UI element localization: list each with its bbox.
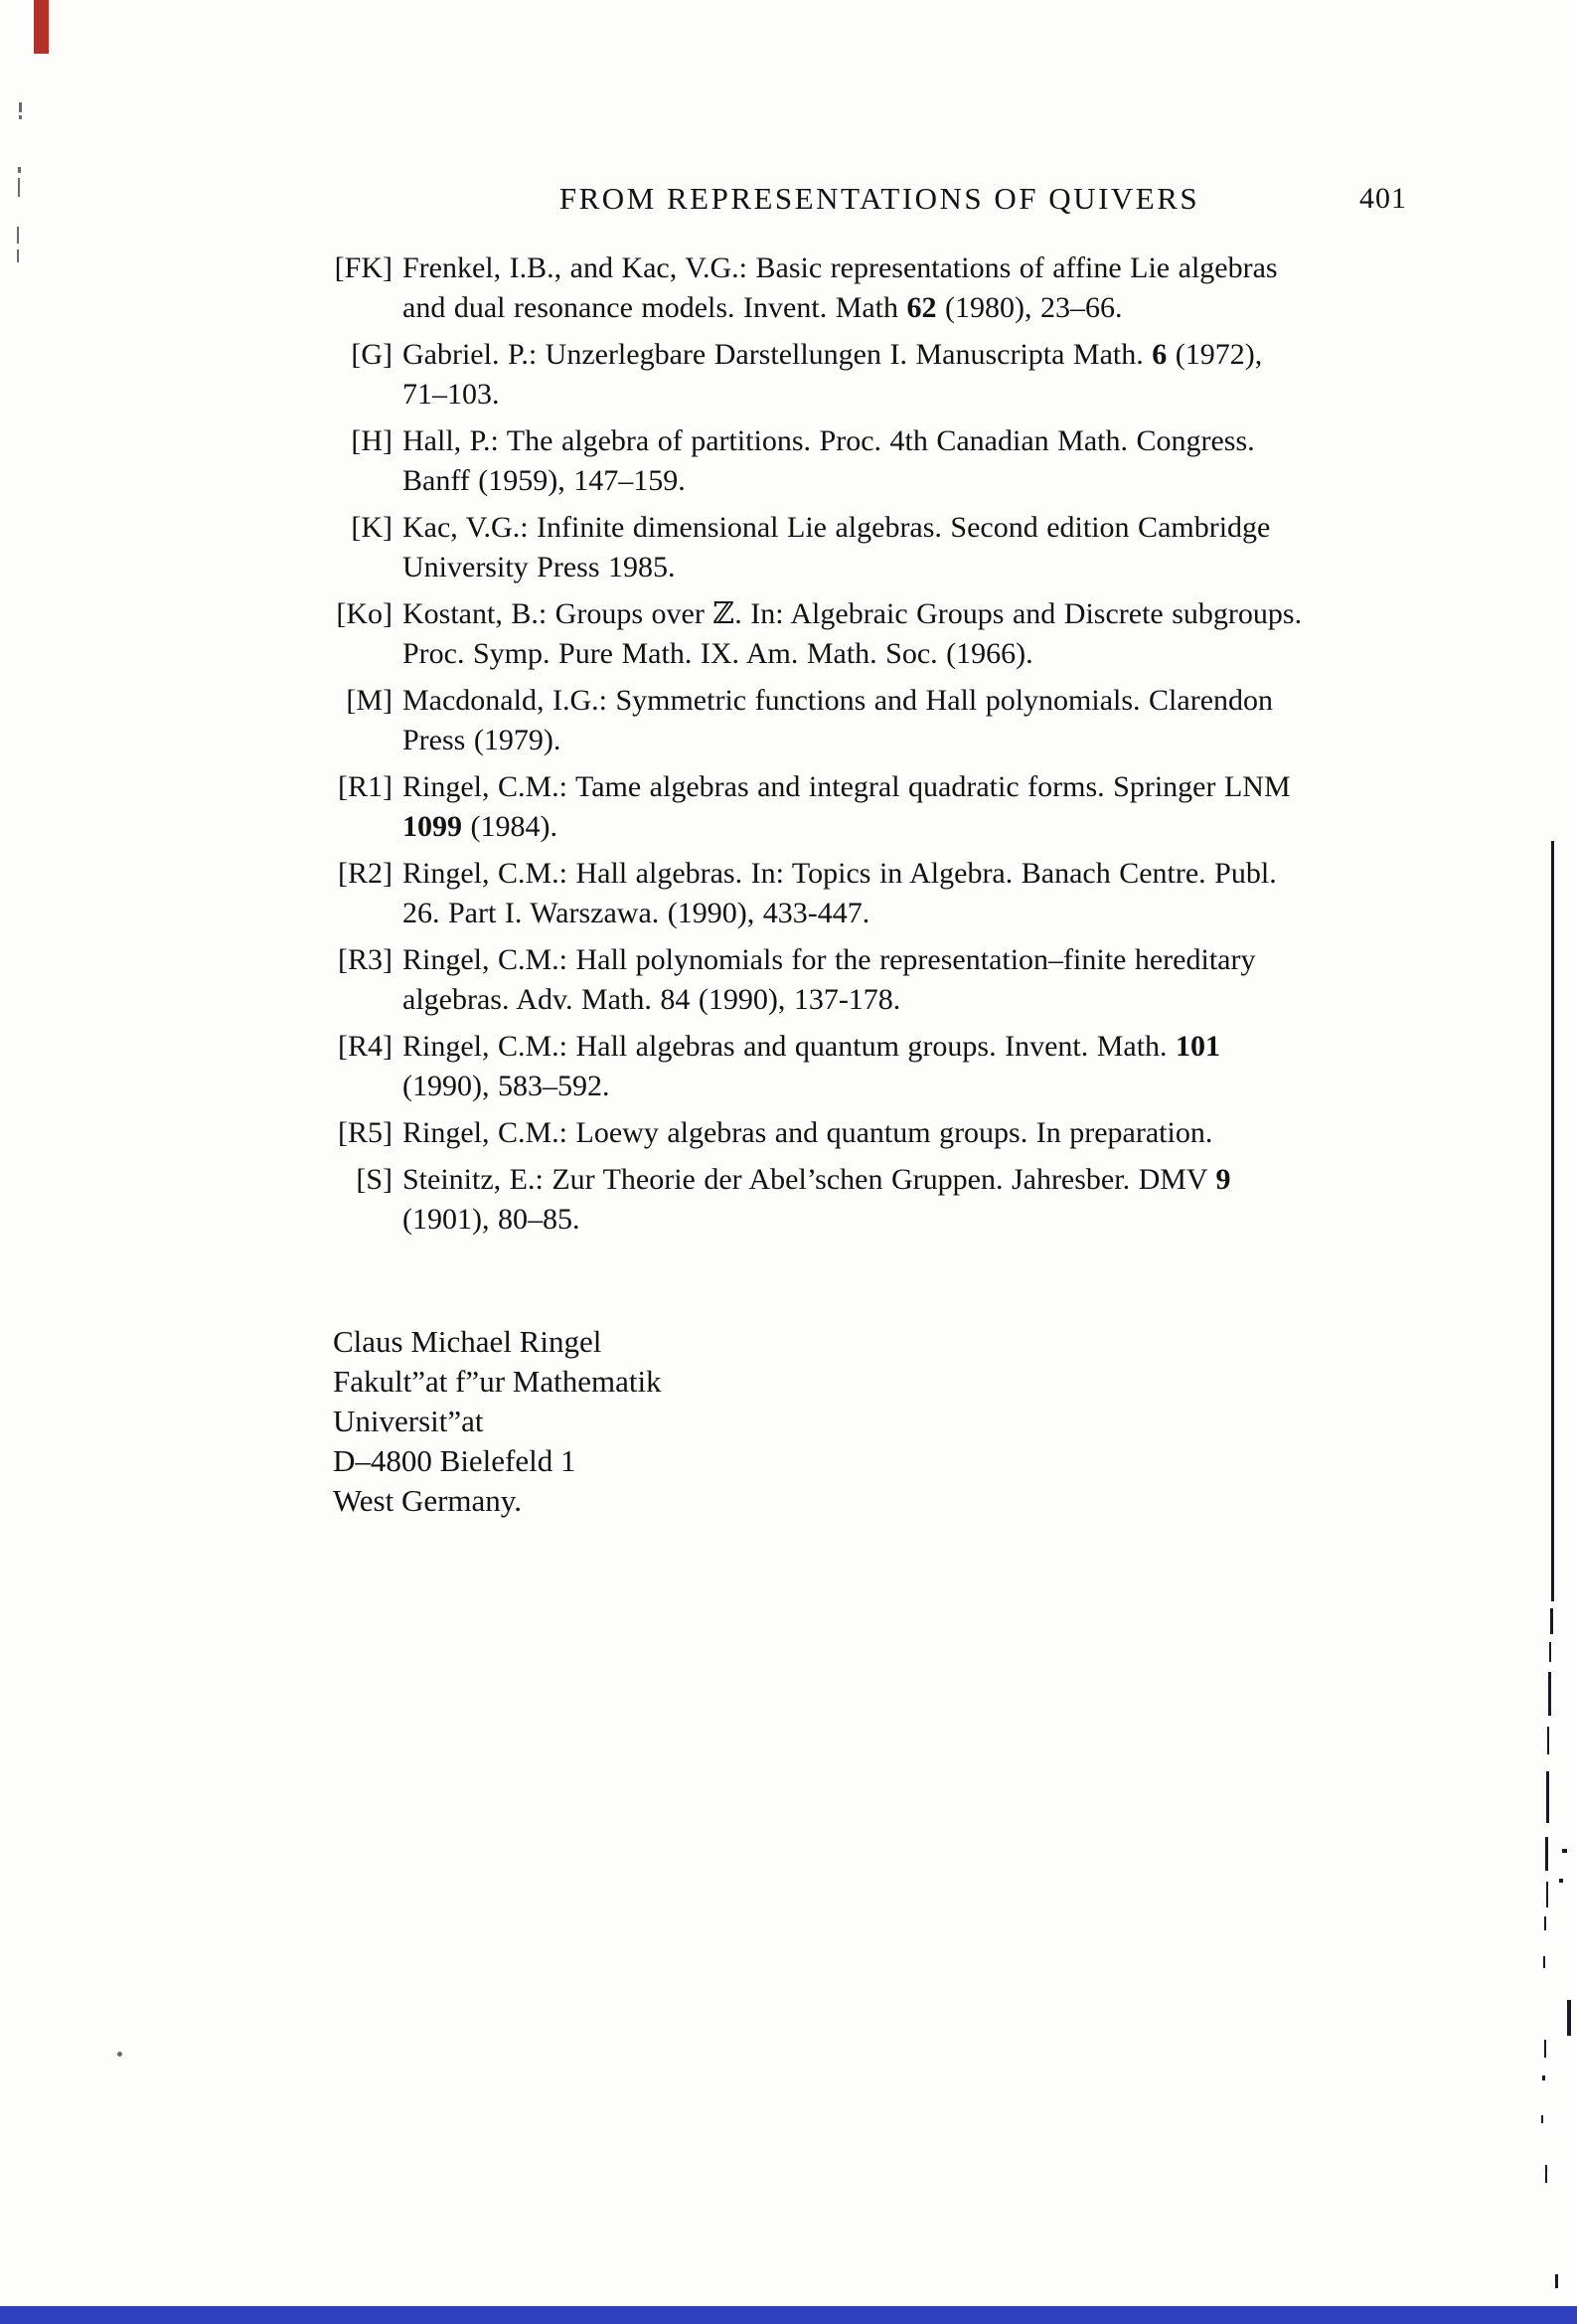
reference-item: [FK]Frenkel, I.B., and Kac, V.G.: Basic … — [0, 249, 1577, 328]
scan-artifact-left-tick — [17, 249, 19, 262]
reference-label: [M] — [320, 681, 393, 721]
reference-item: [S]Steinitz, E.: Zur Theorie der Abel’sc… — [0, 1160, 1577, 1240]
reference-label: [R1] — [320, 767, 393, 807]
reference-text: Frenkel, I.B., and Kac, V.G.: Basic repr… — [402, 249, 1444, 328]
reference-label: [R5] — [320, 1113, 393, 1153]
scan-artifact-edge-dash — [1546, 1771, 1549, 1823]
reference-label: [R4] — [320, 1027, 393, 1067]
reference-text: Macdonald, I.G.: Symmetric functions and… — [402, 681, 1444, 760]
reference-text: Ringel, C.M.: Hall algebras and quantum … — [402, 1027, 1444, 1106]
address-line: Claus Michael Ringel — [333, 1322, 662, 1362]
reference-text: Hall, P.: The algebra of partitions. Pro… — [402, 421, 1444, 501]
scan-artifact-speck — [117, 2052, 122, 2057]
reference-text: Ringel, C.M.: Hall polynomials for the r… — [402, 940, 1444, 1020]
page-number: 401 — [1359, 182, 1407, 216]
author-address: Claus Michael RingelFakult”at f”ur Mathe… — [333, 1322, 662, 1521]
reference-item: [R4]Ringel, C.M.: Hall algebras and quan… — [0, 1027, 1577, 1106]
scan-artifact-edge-dash — [1548, 1672, 1551, 1716]
scan-artifact-edge-dash — [1544, 2040, 1546, 2058]
scan-artifact-blue-bar — [0, 2306, 1577, 2324]
address-line: Universit”at — [333, 1402, 662, 1441]
scan-artifact-red-bar — [34, 0, 49, 54]
reference-text: Steinitz, E.: Zur Theorie der Abel’schen… — [402, 1160, 1444, 1240]
scan-artifact-edge-dash — [1550, 1608, 1553, 1634]
scan-artifact-left-tick — [18, 167, 21, 173]
reference-label: [K] — [320, 508, 393, 548]
reference-item: [R3]Ringel, C.M.: Hall polynomials for t… — [0, 940, 1577, 1020]
scan-artifact-edge-dash — [1546, 1882, 1548, 1908]
reference-text: Ringel, C.M.: Loewy algebras and quantum… — [402, 1113, 1444, 1153]
scan-artifact-edge-dash — [1549, 1642, 1551, 1662]
scan-artifact-edge-dash — [1547, 1727, 1549, 1754]
scan-artifact-edge-dash — [1544, 1916, 1546, 1930]
address-line: Fakult”at f”ur Mathematik — [333, 1362, 662, 1402]
scan-artifact-left-tick — [17, 227, 19, 244]
reference-text: Kostant, B.: Groups over ℤ. In: Algebrai… — [402, 594, 1444, 674]
reference-text: Gabriel. P.: Unzerlegbare Darstellungen … — [402, 335, 1444, 415]
scan-artifact-edge-dash — [1543, 1956, 1545, 1968]
reference-item: [G]Gabriel. P.: Unzerlegbare Darstellung… — [0, 335, 1577, 415]
reference-label: [Ko] — [320, 594, 393, 634]
reference-label: [FK] — [320, 249, 393, 288]
reference-item: [H]Hall, P.: The algebra of partitions. … — [0, 421, 1577, 501]
reference-item: [R5]Ringel, C.M.: Loewy algebras and qua… — [0, 1113, 1577, 1153]
scan-artifact-edge-dash — [1555, 2274, 1558, 2288]
scan-artifact-speck — [1562, 1849, 1567, 1853]
reference-text: Ringel, C.M.: Hall algebras. In: Topics … — [402, 854, 1444, 933]
reference-list: [FK]Frenkel, I.B., and Kac, V.G.: Basic … — [0, 249, 1577, 1246]
reference-item: [Ko]Kostant, B.: Groups over ℤ. In: Alge… — [0, 594, 1577, 674]
reference-label: [R3] — [320, 940, 393, 980]
reference-label: [R2] — [320, 854, 393, 894]
reference-item: [R2]Ringel, C.M.: Hall algebras. In: Top… — [0, 854, 1577, 933]
scanned-page: FROM REPRESENTATIONS OF QUIVERS 401 [FK]… — [0, 0, 1577, 2324]
scan-artifact-left-tick — [19, 102, 22, 112]
reference-item: [K]Kac, V.G.: Infinite dimensional Lie a… — [0, 508, 1577, 587]
running-head: FROM REPRESENTATIONS OF QUIVERS — [368, 181, 1391, 217]
scan-artifact-speck — [1559, 1879, 1563, 1883]
scan-artifact-edge-dash — [1545, 2165, 1547, 2183]
reference-label: [G] — [320, 335, 393, 375]
address-line: D–4800 Bielefeld 1 — [333, 1441, 662, 1481]
scan-artifact-edge-dash — [1541, 2115, 1543, 2123]
reference-label: [S] — [320, 1160, 393, 1200]
scan-artifact-edge-dash — [1545, 1837, 1548, 1871]
scan-artifact-left-tick — [19, 115, 22, 119]
scan-artifact-left-tick — [18, 178, 20, 197]
reference-item: [M]Macdonald, I.G.: Symmetric functions … — [0, 681, 1577, 760]
reference-label: [H] — [320, 421, 393, 461]
scan-artifact-edge-dash — [1542, 2075, 1545, 2080]
scan-artifact-edge-line — [1551, 841, 1554, 1601]
reference-text: Ringel, C.M.: Tame algebras and integral… — [402, 767, 1444, 847]
reference-item: [R1]Ringel, C.M.: Tame algebras and inte… — [0, 767, 1577, 847]
address-line: West Germany. — [333, 1481, 662, 1521]
scan-artifact-edge-dash — [1567, 2000, 1571, 2036]
reference-text: Kac, V.G.: Infinite dimensional Lie alge… — [402, 508, 1444, 587]
